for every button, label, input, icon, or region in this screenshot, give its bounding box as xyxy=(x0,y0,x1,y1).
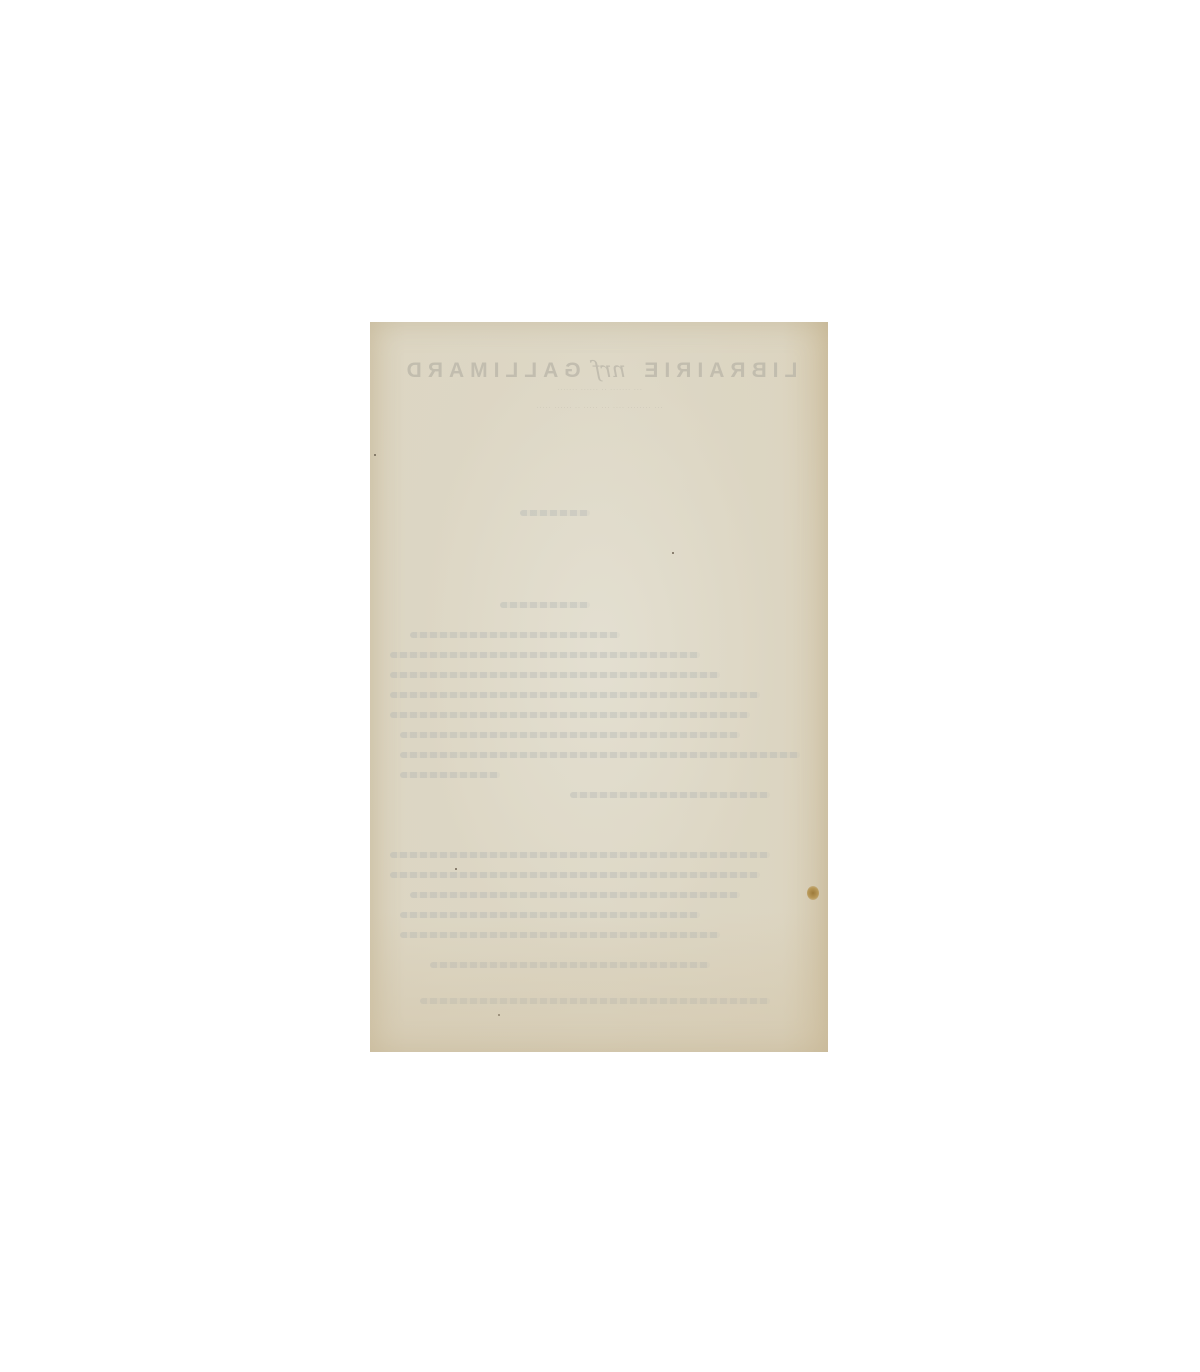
ghost-text-line xyxy=(390,712,750,718)
speck xyxy=(455,868,457,870)
ghost-text-line xyxy=(500,602,590,608)
ghost-text-line xyxy=(390,652,700,658)
ghost-text-line xyxy=(390,692,760,698)
speck xyxy=(498,1014,500,1016)
letterhead-right-word: GALLIMARD xyxy=(401,359,581,382)
letterhead: LIBRAIRIE nrf GALLIMARD ··· ······· ·· ·… xyxy=(370,358,828,411)
ghost-text-line xyxy=(390,672,720,678)
ghost-text-line xyxy=(570,792,770,798)
letterhead-left-word: LIBRAIRIE xyxy=(638,359,797,382)
ghost-text-line xyxy=(390,852,770,858)
speck xyxy=(672,552,674,554)
ghost-text-line xyxy=(410,632,620,638)
letter-sheet: LIBRAIRIE nrf GALLIMARD ··· ······· ·· ·… xyxy=(370,322,828,1052)
foxing-stain xyxy=(807,886,819,900)
ghost-text-line xyxy=(400,912,700,918)
ghost-text-line xyxy=(390,872,760,878)
ghost-text-line xyxy=(400,752,800,758)
ghost-text-line xyxy=(410,892,740,898)
ghost-text-line xyxy=(400,772,500,778)
nrf-logo-icon: nrf xyxy=(593,358,626,383)
ghost-text-line xyxy=(430,962,710,968)
ghost-text-line xyxy=(400,932,720,938)
speck xyxy=(374,454,376,456)
ghost-text-line xyxy=(420,998,770,1004)
ghost-text-line xyxy=(520,510,590,516)
ghost-text-line xyxy=(400,732,740,738)
letterhead-subline: ··· ······· ·· ······ ······· xyxy=(370,387,828,393)
letterhead-address: ··· ········ ···· ··· ····· ·· ······ ··… xyxy=(370,405,828,411)
